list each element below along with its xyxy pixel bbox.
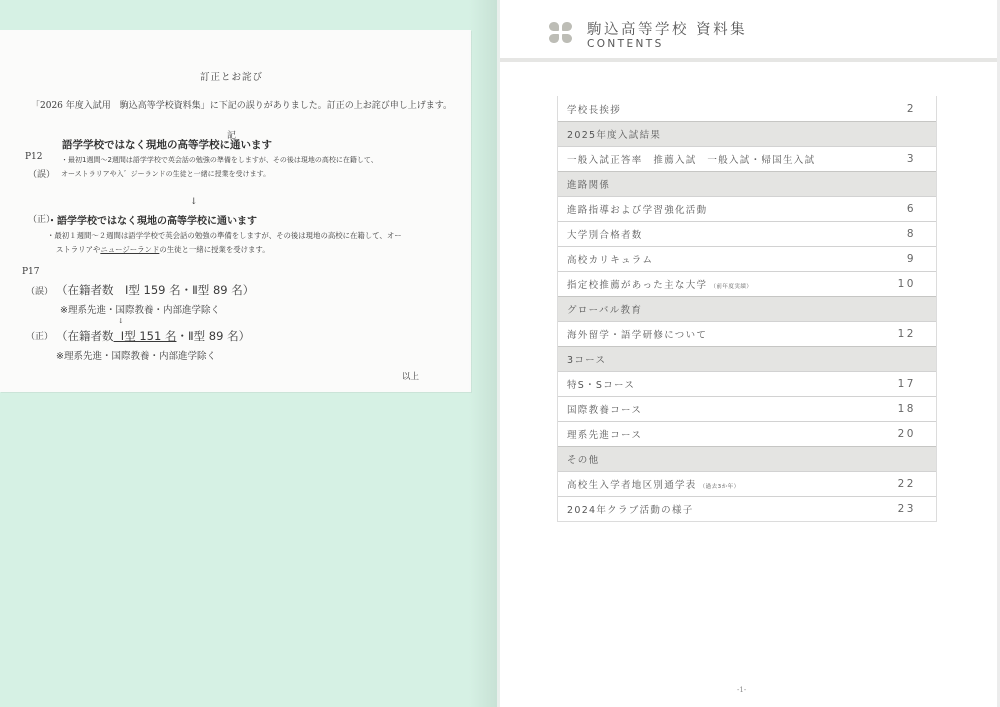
- header-divider: [500, 58, 997, 62]
- errata-title: 訂正とお詫び: [200, 69, 263, 83]
- toc-label: 高校生入学者地区別通学表: [567, 480, 697, 491]
- toc-label: 海外留学・語学研修について: [567, 327, 707, 341]
- toc-page-number: 9: [907, 253, 916, 265]
- toc-row[interactable]: 進路指導および学習強化活動 6: [558, 196, 936, 221]
- table-of-contents: 学校長挨拶 2 2025年度入試結果 一般入試正答率 推薦入試 一般入試・帰国生…: [557, 96, 937, 522]
- toc-section-label: 進路関係: [567, 177, 610, 191]
- page-number: -1-: [737, 686, 746, 694]
- p12-correct-line2-post: の生徒と一緒に授業を受けます。: [159, 245, 269, 254]
- toc-row[interactable]: 指定校推薦があった主な大学（前年度実績） 10: [558, 271, 936, 296]
- p12-correct-line1: ・最初１週間～２週間は語学学校で英会話の勉強の準備をしますが、その後は現地の高校…: [47, 230, 402, 241]
- toc-page-number: 3: [907, 153, 916, 165]
- contents-heading: CONTENTS: [587, 38, 664, 50]
- toc-section-label: その他: [567, 452, 599, 466]
- toc-row[interactable]: 理系先進コース 20: [558, 421, 936, 446]
- toc-section-header: 2025年度入試結果: [558, 121, 936, 146]
- toc-label: 指定校推薦があった主な大学: [567, 280, 707, 291]
- p12-wrong-heading: 語学学校ではなく現地の高等学校に通います: [62, 137, 272, 152]
- toc-section-header: グローバル教育: [558, 296, 936, 321]
- toc-label: 特S・Sコース: [567, 377, 635, 391]
- p17-correct-tag: （正）: [26, 329, 53, 342]
- toc-page-number: 10: [898, 278, 916, 290]
- p12-correct-line2-pre: ストラリアや: [56, 245, 100, 254]
- p17-wrong-tag: （誤）: [26, 284, 53, 297]
- p12-correct-underlined: ニュージーランド: [100, 245, 159, 254]
- toc-row[interactable]: 高校カリキュラム 9: [558, 246, 936, 271]
- p12-correct-line2: ストラリアやニュージーランドの生徒と一緒に授業を受けます。: [56, 244, 270, 255]
- four-petal-logo-icon: [549, 22, 573, 44]
- toc-row[interactable]: 2024年クラブ活動の様子 23: [558, 496, 936, 521]
- p12-correct-heading-text: ・語学学校ではなく現地の高等学校に通います: [47, 216, 257, 227]
- toc-page-number: 18: [898, 403, 916, 415]
- p17-correct-note: ※理系先進・国際教養・内部進学除く: [56, 348, 216, 362]
- toc-section-label: グローバル教育: [567, 302, 642, 316]
- toc-label-group: 高校生入学者地区別通学表（過去3か年）: [567, 477, 740, 491]
- toc-section-label: 2025年度入試結果: [567, 127, 661, 141]
- toc-note: （前年度実績）: [710, 284, 752, 290]
- toc-section-header: 進路関係: [558, 171, 936, 196]
- p12-wrong-line2: オーストラリアや入゛ジーランドの生徒と一緒に授業を受けます。: [61, 169, 270, 179]
- document-title: 駒込高等学校 資料集: [587, 18, 747, 39]
- p17-correct-value: （在籍者数 Ⅰ型 151 名・Ⅱ型 89 名）: [56, 328, 250, 344]
- down-arrow-icon: ↓: [118, 317, 124, 325]
- p12-page-label: P12: [25, 152, 43, 162]
- toc-row[interactable]: 一般入試正答率 推薦入試 一般入試・帰国生入試 3: [558, 146, 936, 171]
- toc-row[interactable]: 特S・Sコース 17: [558, 371, 936, 396]
- toc-row[interactable]: 国際教養コース 18: [558, 396, 936, 421]
- right-page: 駒込高等学校 資料集 CONTENTS 学校長挨拶 2 2025年度入試結果 一…: [500, 0, 1000, 707]
- toc-label: 学校長挨拶: [567, 102, 621, 116]
- toc-page-number: 20: [898, 428, 916, 440]
- p17-wrong-note: ※理系先進・国際教養・内部進学除く: [60, 302, 220, 316]
- toc-page-number: 2: [907, 103, 916, 115]
- toc-row[interactable]: 海外留学・語学研修について 12: [558, 321, 936, 346]
- toc-section-label: 3コース: [567, 352, 606, 366]
- toc-label: 大学別合格者数: [567, 227, 643, 241]
- p12-correct-heading: ・語学学校ではなく現地の高等学校に通います: [47, 212, 257, 227]
- p12-wrong-line1: ・最初1週間～2週間は語学学校で英会話の勉強の準備をしますが、その後は現地の高校…: [61, 155, 378, 165]
- toc-page-number: 17: [898, 378, 916, 390]
- toc-page-number: 12: [898, 328, 916, 340]
- p17-wrong-value: （在籍者数 Ⅰ型 159 名・Ⅱ型 89 名）: [56, 282, 254, 298]
- toc-label-group: 指定校推薦があった主な大学（前年度実績）: [567, 277, 752, 291]
- toc-note: （過去3か年）: [700, 484, 740, 490]
- p17-correct-value-pre: （在籍者数: [56, 329, 114, 343]
- down-arrow-icon: ↓: [190, 197, 198, 207]
- errata-intro: 「2026 年度入試用 駒込高等学校資料集」に下記の誤りがありました。訂正の上お…: [31, 98, 452, 111]
- toc-page-number: 8: [907, 228, 916, 240]
- toc-row[interactable]: 高校生入学者地区別通学表（過去3か年） 22: [558, 471, 936, 496]
- toc-label: 進路指導および学習強化活動: [567, 202, 707, 216]
- toc-label: 国際教養コース: [567, 402, 642, 416]
- toc-section-header: その他: [558, 446, 936, 471]
- toc-row[interactable]: 大学別合格者数 8: [558, 221, 936, 246]
- left-page: 訂正とお詫び 「2026 年度入試用 駒込高等学校資料集」に下記の誤りがありまし…: [0, 0, 497, 707]
- p12-wrong-tag: （誤）: [28, 167, 55, 180]
- toc-label: 2024年クラブ活動の様子: [567, 502, 694, 516]
- toc-row[interactable]: 学校長挨拶 2: [558, 96, 936, 121]
- toc-page-number: 23: [898, 503, 916, 515]
- toc-page-number: 22: [898, 478, 916, 490]
- errata-sheet: 訂正とお詫び 「2026 年度入試用 駒込高等学校資料集」に下記の誤りがありまし…: [0, 30, 471, 392]
- p17-correct-value-post: ・Ⅱ型 89 名）: [176, 329, 250, 343]
- toc-page-number: 6: [907, 203, 916, 215]
- p17-correct-underlined: Ⅰ型 151 名: [114, 329, 177, 343]
- p17-page-label: P17: [22, 267, 40, 277]
- errata-closing: 以上: [402, 370, 419, 382]
- toc-label: 一般入試正答率 推薦入試 一般入試・帰国生入試: [567, 152, 815, 166]
- toc-section-header: 3コース: [558, 346, 936, 371]
- toc-label: 理系先進コース: [567, 427, 642, 441]
- toc-label: 高校カリキュラム: [567, 252, 653, 266]
